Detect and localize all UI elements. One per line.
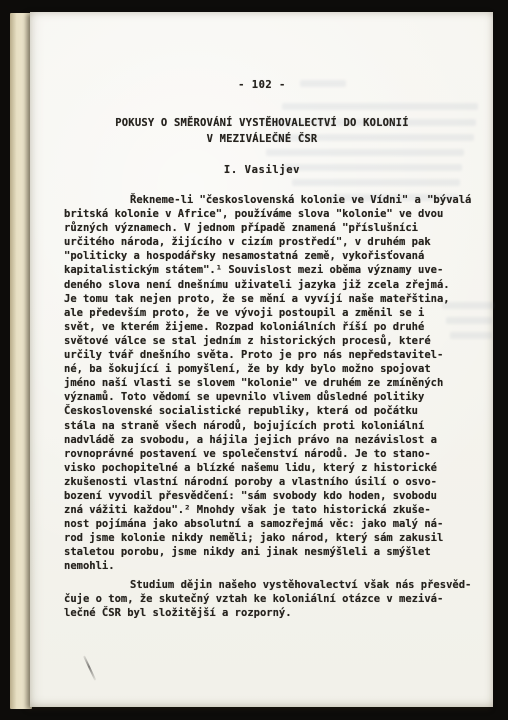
body-text: Řekneme-li "československá kolonie ve Ví… (64, 193, 468, 620)
page-number: - 102 - (64, 78, 460, 92)
underlying-page-edge (10, 13, 32, 709)
scan-background: - 102 - POKUSY O SMĚROVÁNÍ VYSTĚHOVALECT… (0, 0, 508, 720)
article-title-line-2: V MEZIVÁLEČNÉ ČSR (44, 132, 480, 148)
article-title-line-1: POKUSY O SMĚROVÁNÍ VYSTĚHOVALECTVÍ DO KO… (44, 116, 480, 132)
author-name: I. Vasiljev (64, 163, 460, 177)
paragraph-2: Studium dějin našeho vystěhovalectví vša… (64, 578, 468, 620)
pen-mark (83, 656, 96, 681)
document-page: - 102 - POKUSY O SMĚROVÁNÍ VYSTĚHOVALECT… (30, 12, 493, 707)
article-title: POKUSY O SMĚROVÁNÍ VYSTĚHOVALECTVÍ DO KO… (44, 116, 480, 147)
paragraph-1: Řekneme-li "československá kolonie ve Ví… (64, 193, 468, 574)
